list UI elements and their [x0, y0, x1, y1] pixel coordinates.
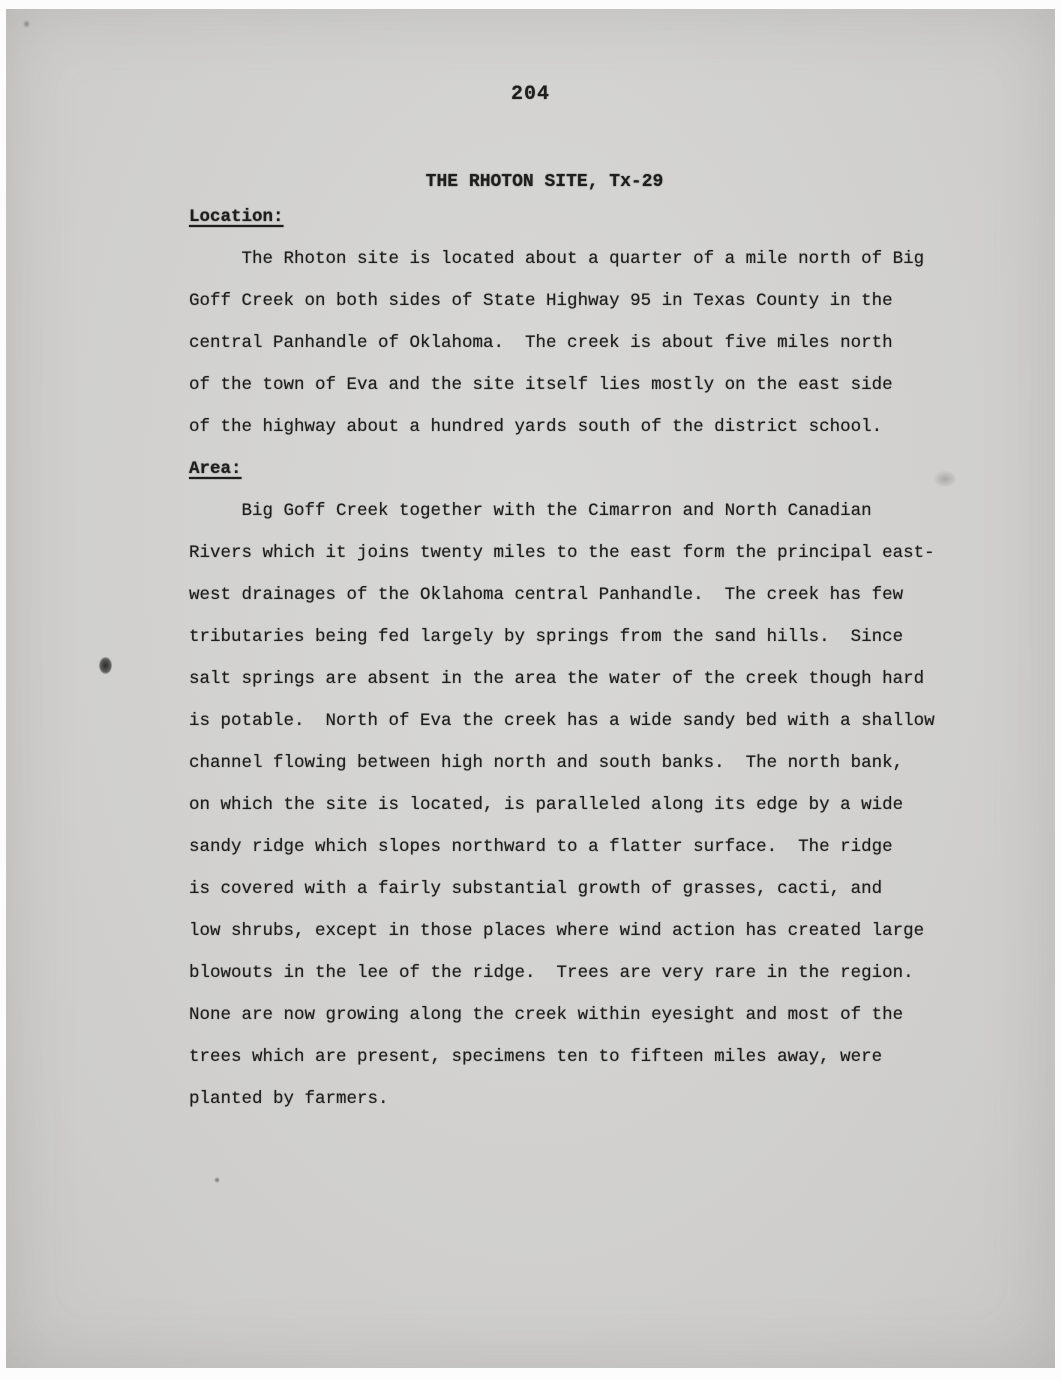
document-body: Location: The Rhoton site is located abo…	[189, 196, 979, 1120]
text-line: central Panhandle of Oklahoma. The creek…	[189, 322, 979, 364]
text-line: of the town of Eva and the site itself l…	[189, 364, 979, 406]
section-heading: Area:	[189, 448, 242, 490]
paper-sheet: 204 THE RHOTON SITE, Tx-29 Location: The…	[6, 9, 1055, 1368]
text-line: salt springs are absent in the area the …	[189, 658, 979, 700]
scan-speck	[214, 1177, 220, 1183]
text-line: is potable. North of Eva the creek has a…	[189, 700, 979, 742]
text-line: Rivers which it joins twenty miles to th…	[189, 532, 979, 574]
text-line: sandy ridge which slopes northward to a …	[189, 826, 979, 868]
text-line: is covered with a fairly substantial gro…	[189, 868, 979, 910]
text-line: planted by farmers.	[189, 1078, 979, 1120]
section-paragraph: The Rhoton site is located about a quart…	[189, 238, 979, 448]
section-heading: Location:	[189, 196, 284, 238]
ink-smudge	[99, 657, 112, 674]
document-title: THE RHOTON SITE, Tx-29	[426, 172, 664, 192]
text-line: None are now growing along the creek wit…	[189, 994, 979, 1036]
text-line: west drainages of the Oklahoma central P…	[189, 574, 979, 616]
text-line: blowouts in the lee of the ridge. Trees …	[189, 952, 979, 994]
document-section: Location: The Rhoton site is located abo…	[189, 196, 979, 448]
scanned-page: 204 THE RHOTON SITE, Tx-29 Location: The…	[0, 0, 1062, 1380]
text-line: trees which are present, specimens ten t…	[189, 1036, 979, 1078]
text-line: The Rhoton site is located about a quart…	[189, 238, 979, 280]
text-line: Big Goff Creek together with the Cimarro…	[189, 490, 979, 532]
page-number: 204	[6, 83, 1055, 106]
text-line: channel flowing between high north and s…	[189, 742, 979, 784]
text-line: on which the site is located, is paralle…	[189, 784, 979, 826]
document-section: Area: Big Goff Creek together with the C…	[189, 448, 979, 1120]
text-line: low shrubs, except in those places where…	[189, 910, 979, 952]
text-line: tributaries being fed largely by springs…	[189, 616, 979, 658]
text-line: of the highway about a hundred yards sou…	[189, 406, 979, 448]
section-paragraph: Big Goff Creek together with the Cimarro…	[189, 490, 979, 1120]
scan-speck	[23, 20, 30, 28]
text-line: Goff Creek on both sides of State Highwa…	[189, 280, 979, 322]
